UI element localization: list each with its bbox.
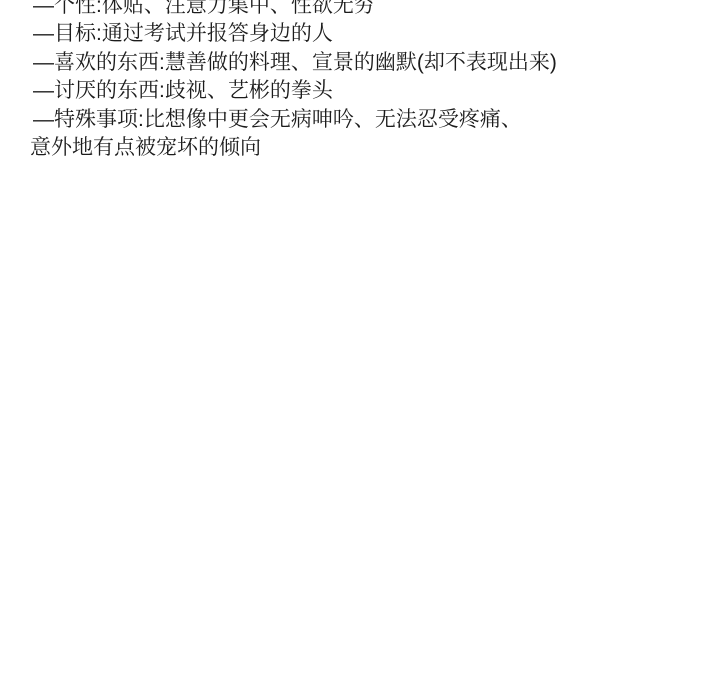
- character-profile-text: —个性:体贴、注意力集中、性欲无穷 —目标:通过考试并报答身边的人 —喜欢的东西…: [33, 0, 710, 162]
- profile-line-personality: —个性:体贴、注意力集中、性欲无穷: [33, 0, 710, 20]
- profile-line-goal: —目标:通过考试并报答身边的人: [33, 20, 710, 48]
- profile-line-likes: —喜欢的东西:慧善做的料理、宣景的幽默(却不表现出来): [33, 49, 710, 77]
- profile-line-special-notes-continued: 意外地有点被宠坏的倾向: [30, 134, 710, 162]
- profile-line-special-notes: —特殊事项:比想像中更会无病呻吟、无法忍受疼痛、: [33, 106, 710, 134]
- profile-line-dislikes: —讨厌的东西:歧视、艺彬的拳头: [33, 77, 710, 105]
- page: —个性:体贴、注意力集中、性欲无穷 —目标:通过考试并报答身边的人 —喜欢的东西…: [0, 0, 720, 700]
